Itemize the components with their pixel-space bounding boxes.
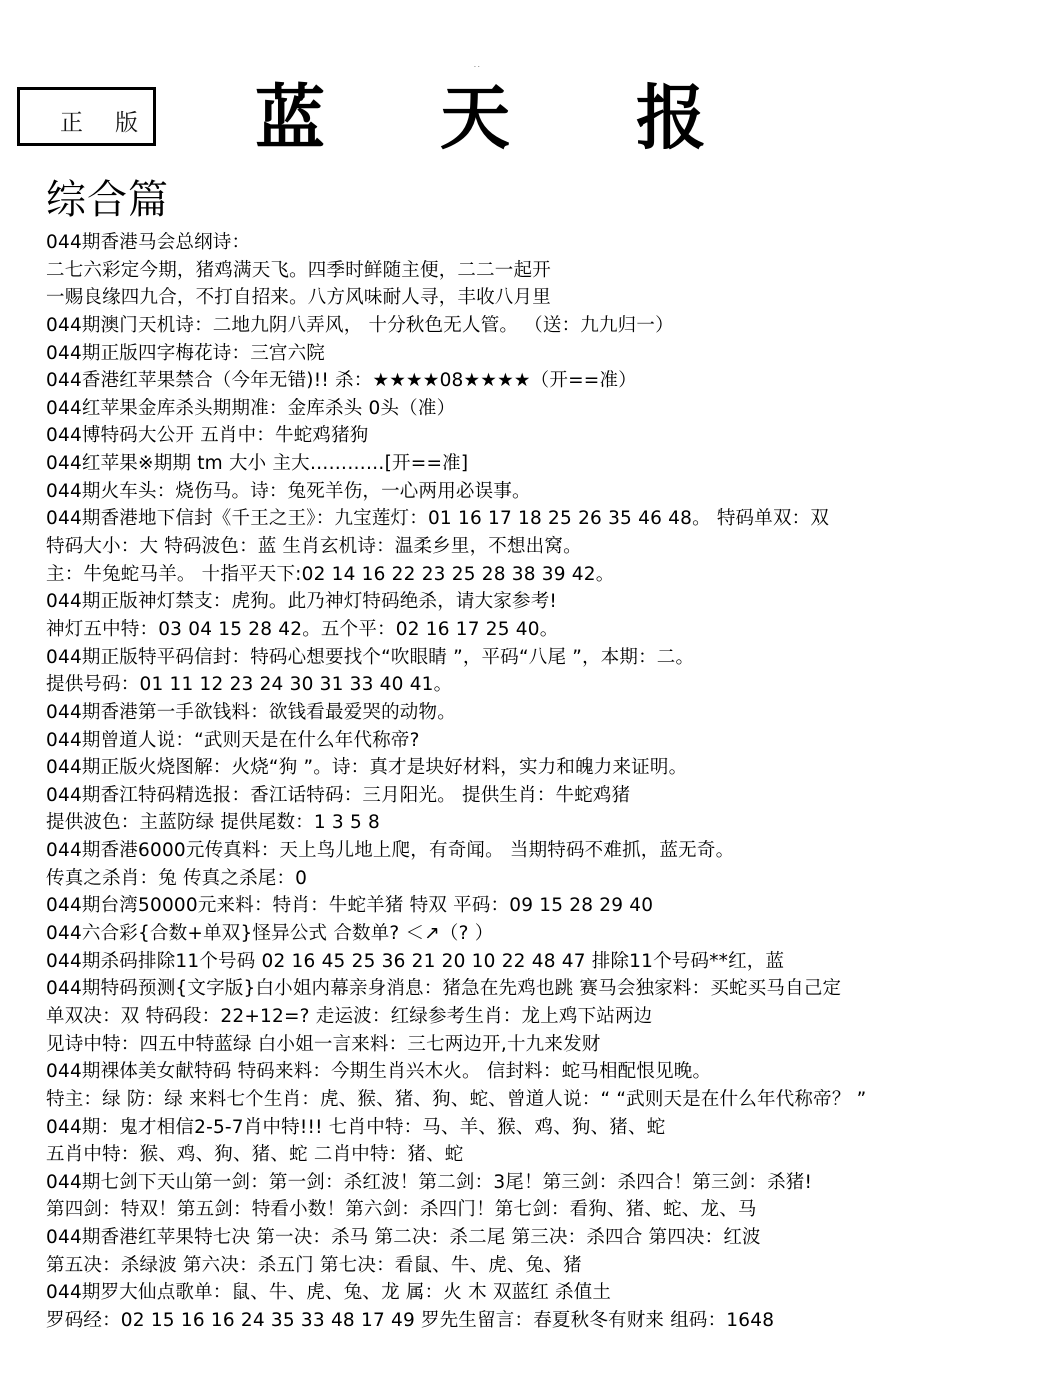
section-title: 综合篇 xyxy=(46,174,169,226)
text-line: 一赐良缘四九合，不打自招来。八方风味耐人寻，丰收八月里 xyxy=(46,284,1036,312)
text-line: 044期特码预测{文字版}白小姐内幕亲身消息：猪急在先鸡也跳 赛马会独家料：买蛇… xyxy=(46,975,1036,1003)
text-line: 044期七剑下天山第一剑：第一剑：杀红波！第二剑：3尾！第三剑：杀四合！第三剑：… xyxy=(46,1169,1036,1197)
text-line: 传真之杀肖：兔 传真之杀尾：0 xyxy=(46,865,1036,893)
text-line: 044期正版火烧图解：火烧“狗 ”。诗：真才是块好材料，实力和魄力来证明。 xyxy=(46,754,1036,782)
text-line: 044香港红苹果禁合（今年无错)!! 杀：★★★★08★★★★（开==准） xyxy=(46,367,1036,395)
text-line: 044六合彩{合数+单双}怪异公式 合数单? ＜↗（? ） xyxy=(46,920,1036,948)
text-line: 044博特码大公开 五肖中：牛蛇鸡猪狗 xyxy=(46,422,1036,450)
text-line: 044期正版四字梅花诗：三宫六院 xyxy=(46,340,1036,368)
text-line: 二七六彩定今期，猪鸡满天飞。四季时鲜随主便，二二一起开 xyxy=(46,257,1036,285)
text-line: 第五决：杀绿波 第六决：杀五门 第七决：看鼠、牛、虎、兔、猪 xyxy=(46,1252,1036,1280)
text-line: 044期香港6000元传真料：天上鸟儿地上爬，有奇闻。 当期特码不难抓，蓝无奇。 xyxy=(46,837,1036,865)
text-line: 044期裸体美女献特码 特码来料：今期生肖兴木火。 信封料：蛇马相配恨见晚。 xyxy=(46,1058,1036,1086)
text-line: 044期正版特平码信封：特码心想要找个“吹眼睛 ”，平码“八尾 ”，本期：二。 xyxy=(46,644,1036,672)
text-line: 044期正版神灯禁支：虎狗。此乃神灯特码绝杀，请大家参考! xyxy=(46,588,1036,616)
text-line: 五肖中特：猴、鸡、狗、猪、蛇 二肖中特：猪、蛇 xyxy=(46,1141,1036,1169)
text-line: 主：牛兔蛇马羊。 十指平天下:02 14 16 22 23 25 28 38 3… xyxy=(46,561,1036,589)
text-line: 044期香港马会总纲诗： xyxy=(46,229,1036,257)
text-line: 第四剑：特双！第五剑：特看小数！第六剑：杀四门！第七剑：看狗、猪、蛇、龙、马 xyxy=(46,1196,1036,1224)
text-line: 044期杀码排除11个号码 02 16 45 25 36 21 20 10 22… xyxy=(46,948,1036,976)
top-mark: · · xyxy=(474,64,480,71)
text-line: 044期香港地下信封《千王之王》：九宝莲灯：01 16 17 18 25 26 … xyxy=(46,505,1036,533)
masthead-title-char: 天 xyxy=(440,78,510,158)
text-line: 044期香江特码精选报：香江话特码：三月阳光。 提供生肖：牛蛇鸡猪 xyxy=(46,782,1036,810)
content-lines: 044期香港马会总纲诗：二七六彩定今期，猪鸡满天飞。四季时鲜随主便，二二一起开一… xyxy=(46,229,1036,1335)
masthead-title-char: 报 xyxy=(636,78,706,158)
text-line: 044期曾道人说：“武则天是在什么年代称帝? xyxy=(46,727,1036,755)
text-line: 044期：鬼才相信2-5-7肖中特!!! 七肖中特：马、羊、猴、鸡、狗、猪、蛇 xyxy=(46,1114,1036,1142)
text-line: 见诗中特：四五中特蓝绿 白小姐一言来料：三七两边开,十九来发财 xyxy=(46,1031,1036,1059)
text-line: 044期香港红苹果特七决 第一决：杀马 第二决：杀二尾 第三决：杀四合 第四决：… xyxy=(46,1224,1036,1252)
text-line: 044期火车头：烧伤马。诗：兔死羊伤，一心两用必误事。 xyxy=(46,478,1036,506)
text-line: 特码大小：大 特码波色：蓝 生肖玄机诗：温柔乡里，不想出窝。 xyxy=(46,533,1036,561)
text-line: 特主：绿 防：绿 来料七个生肖：虎、猴、猪、狗、蛇、曾道人说：“ “武则天是在什… xyxy=(46,1086,1036,1114)
text-line: 044期香港第一手欲钱料：欲钱看最爱哭的动物。 xyxy=(46,699,1036,727)
badge-char: 版 xyxy=(115,104,138,137)
text-line: 044期台湾50000元来料：特肖：牛蛇羊猪 特双 平码：09 15 28 29… xyxy=(46,892,1036,920)
text-line: 神灯五中特：03 04 15 28 42。五个平：02 16 17 25 40。 xyxy=(46,616,1036,644)
masthead-title-char: 蓝 xyxy=(255,78,325,158)
edition-badge: 正 版 xyxy=(17,87,156,146)
badge-char: 正 xyxy=(60,104,83,137)
text-line: 提供波色：主蓝防绿 提供尾数：1 3 5 8 xyxy=(46,809,1036,837)
text-line: 罗码经：02 15 16 16 24 35 33 48 17 49 罗先生留言：… xyxy=(46,1307,1036,1335)
text-line: 044红苹果※期期 tm 大小 主大…………[开==准] xyxy=(46,450,1036,478)
text-line: 单双决：双 特码段：22+12=? 走运波：红绿参考生肖：龙上鸡下站两边 xyxy=(46,1003,1036,1031)
text-line: 044红苹果金库杀头期期准：金库杀头 0头（准） xyxy=(46,395,1036,423)
text-line: 044期罗大仙点歌单：鼠、牛、虎、兔、龙 属：火 木 双蓝红 杀值土 xyxy=(46,1279,1036,1307)
text-line: 044期澳门天机诗：二地九阴八弄风， 十分秋色无人管。 （送：九九归一） xyxy=(46,312,1036,340)
text-line: 提供号码：01 11 12 23 24 30 31 33 40 41。 xyxy=(46,671,1036,699)
